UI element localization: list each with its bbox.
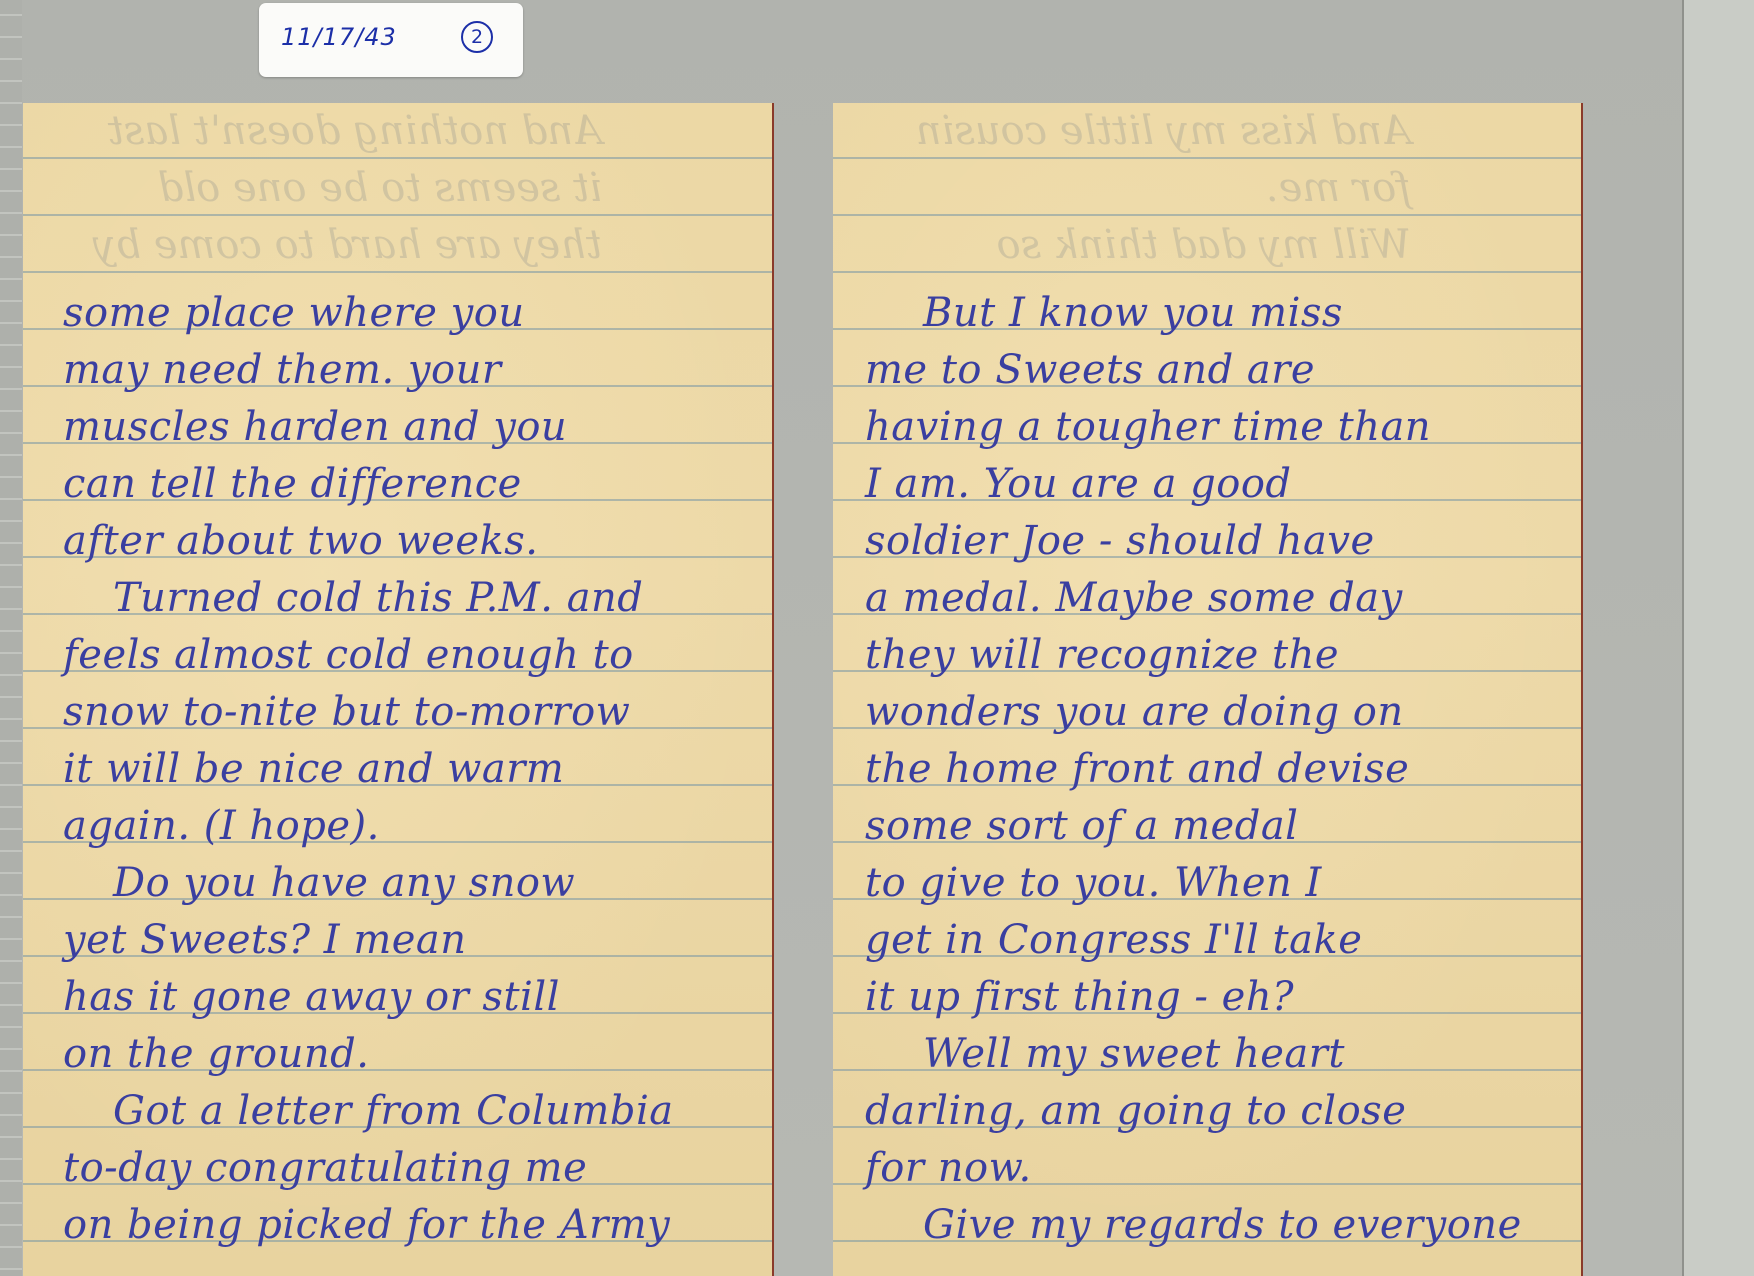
bleed-through-text: And kiss my little cousin for me. Will m… (833, 103, 1581, 274)
handwritten-line: having a tougher time than (833, 399, 1581, 456)
page-number-circled: 2 (461, 21, 493, 53)
handwritten-line: muscles harden and you (23, 399, 772, 456)
handwritten-line: get in Congress I'll take (833, 912, 1581, 969)
handwritten-line: wonders you are doing on (833, 684, 1581, 741)
handwritten-line: it up first thing - eh? (833, 969, 1581, 1026)
handwritten-line: snow to-nite but to-morrow (23, 684, 772, 741)
handwritten-line: some place where you (23, 285, 772, 342)
handwritten-line: Got a letter from Columbia (23, 1083, 772, 1140)
bleed-line: And kiss my little cousin (833, 103, 1581, 160)
handwritten-line: to give to you. When I (833, 855, 1581, 912)
letter-page-left: And nothing doesn't last it seems to be … (23, 103, 774, 1276)
handwritten-line: after about two weeks. (23, 513, 772, 570)
handwritten-line: they will recognize the (833, 627, 1581, 684)
bleed-through-text: And nothing doesn't last it seems to be … (23, 103, 772, 274)
handwritten-line: on the ground. (23, 1026, 772, 1083)
handwritten-text: But I know you missme to Sweets and areh… (833, 285, 1581, 1254)
handwritten-line: can tell the difference (23, 456, 772, 513)
handwritten-line: for now. (833, 1140, 1581, 1197)
handwritten-line: I am. You are a good (833, 456, 1581, 513)
handwritten-line: again. (I hope). (23, 798, 772, 855)
handwritten-line: Turned cold this P.M. and (23, 570, 772, 627)
handwritten-line: a medal. Maybe some day (833, 570, 1581, 627)
handwritten-line: yet Sweets? I mean (23, 912, 772, 969)
handwritten-line: Do you have any snow (23, 855, 772, 912)
handwritten-line: may need them. your (23, 342, 772, 399)
handwritten-line: soldier Joe - should have (833, 513, 1581, 570)
label-date: 11/17/43 (281, 23, 397, 51)
handwritten-line: darling, am going to close (833, 1083, 1581, 1140)
handwritten-line: has it gone away or still (23, 969, 772, 1026)
handwritten-line: some sort of a medal (833, 798, 1581, 855)
binder-strip-left (0, 0, 22, 1276)
handwritten-text: some place where youmay need them. yourm… (23, 285, 772, 1254)
bleed-line: they are hard to come by (23, 217, 772, 274)
handwritten-line: But I know you miss (833, 285, 1581, 342)
bleed-line: it seems to be one old (23, 160, 772, 217)
handwritten-line: the home front and devise (833, 741, 1581, 798)
handwritten-line: me to Sweets and are (833, 342, 1581, 399)
handwritten-line: Well my sweet heart (833, 1026, 1581, 1083)
scanner-edge-right (1682, 0, 1754, 1276)
bleed-line: for me. (833, 160, 1581, 217)
handwritten-line: Give my regards to everyone (833, 1197, 1581, 1254)
bleed-line: And nothing doesn't last (23, 103, 772, 160)
letter-page-right: And kiss my little cousin for me. Will m… (833, 103, 1583, 1276)
bleed-line: Will my dad think so (833, 217, 1581, 274)
handwritten-line: it will be nice and warm (23, 741, 772, 798)
handwritten-line: feels almost cold enough to (23, 627, 772, 684)
archive-label: 11/17/43 2 (259, 3, 523, 77)
handwritten-line: on being picked for the Army (23, 1197, 772, 1254)
handwritten-line: to-day congratulating me (23, 1140, 772, 1197)
